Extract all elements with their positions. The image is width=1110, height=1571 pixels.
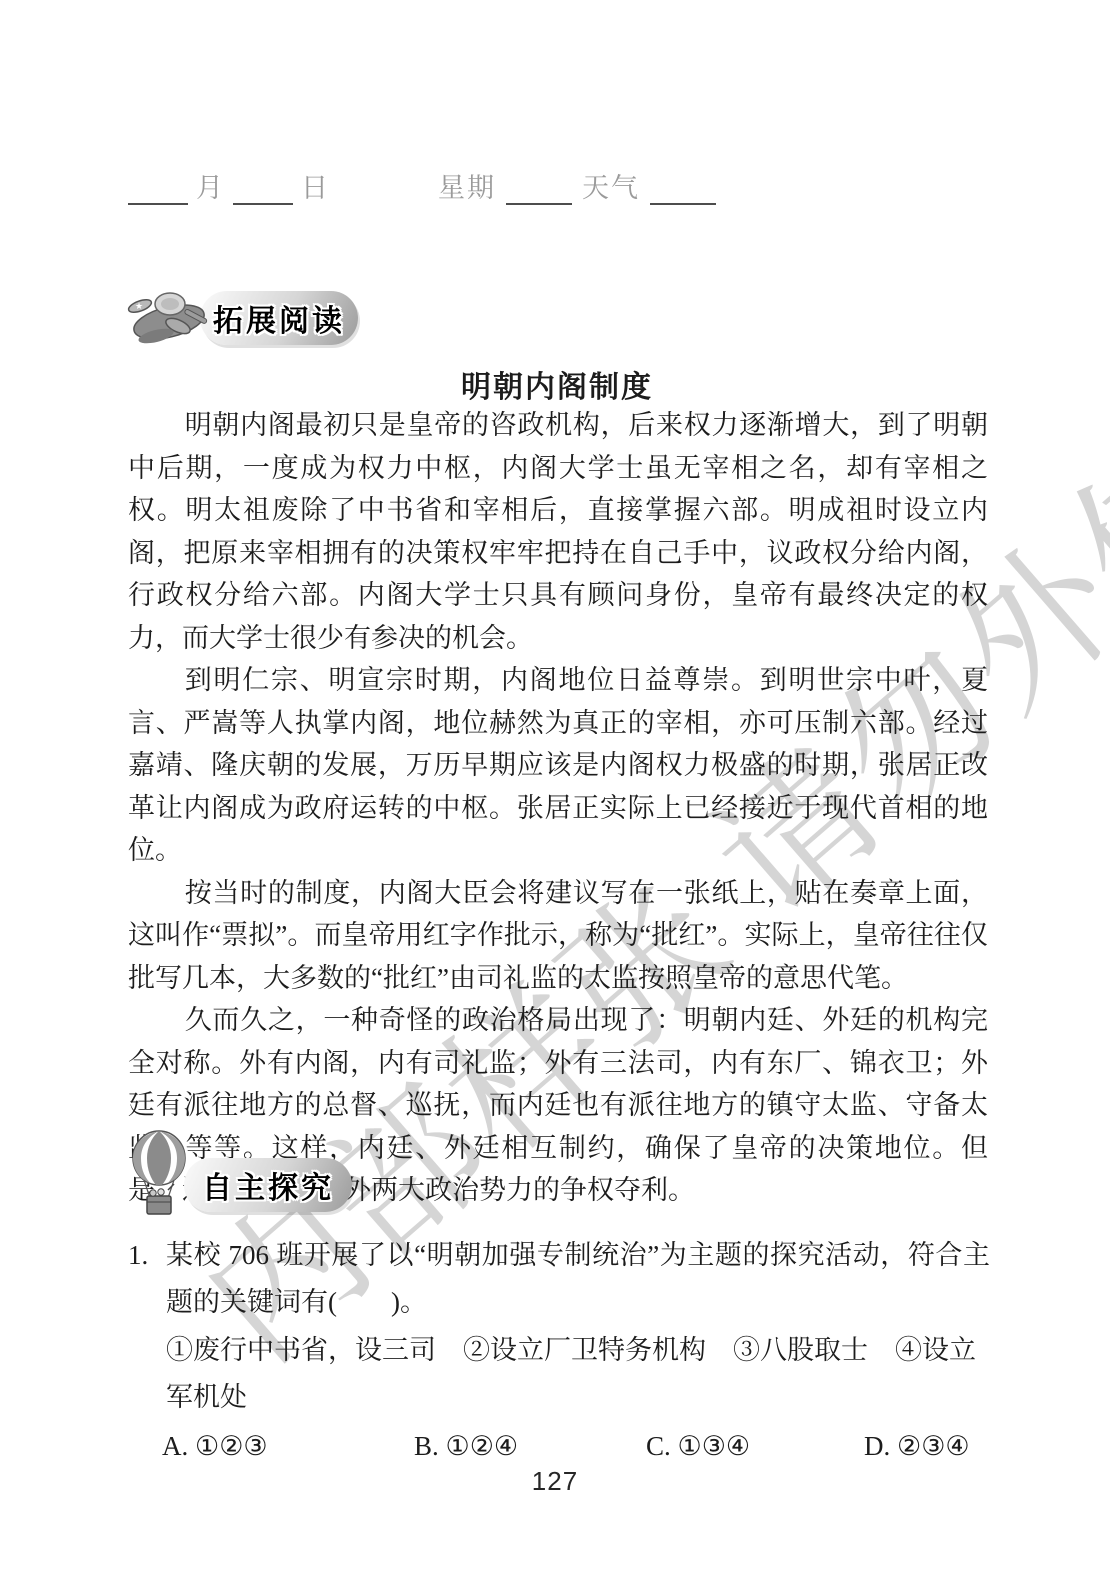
option-b: B. ①②④ [414, 1423, 646, 1470]
option-a: A. ①②③ [162, 1423, 414, 1470]
option-b-value: ①②④ [446, 1431, 519, 1461]
option-c-label: C. [646, 1431, 671, 1461]
weather-label: 天气 [582, 166, 640, 205]
article-body: 明朝内阁最初只是皇帝的咨政机构，后来权力逐渐增大，到了明朝中后期，一度成为权力中… [128, 404, 988, 1212]
article-paragraph: 到明仁宗、明宣宗时期，内阁地位日益尊崇。到明世宗中叶，夏言、严嵩等人执掌内阁，地… [128, 659, 988, 872]
weather-blank [650, 173, 716, 205]
question-options: A. ①②③ B. ①②④ C. ①③④ D. ②③④ [128, 1423, 984, 1470]
option-c-value: ①③④ [678, 1431, 751, 1461]
option-b-label: B. [414, 1431, 439, 1461]
option-c: C. ①③④ [646, 1423, 864, 1470]
explore-section-header: 自主探究 [128, 1130, 428, 1230]
svg-text:★: ★ [135, 301, 143, 311]
article-paragraph: 明朝内阁最初只是皇帝的咨政机构，后来权力逐渐增大，到了明朝中后期，一度成为权力中… [128, 404, 988, 659]
article-title: 明朝内阁制度 [128, 362, 986, 406]
month-label: 月 [196, 166, 225, 205]
question-1: 1. 某校 706 班开展了以“明朝加强专制统治”为主题的探究活动，符合主题的关… [128, 1232, 990, 1470]
question-number: 1. [128, 1232, 148, 1279]
option-a-label: A. [162, 1431, 188, 1461]
question-items: ①废行中书省，设三司 ②设立厂卫特务机构 ③八股取士 ④设立军机处 [128, 1327, 990, 1421]
article-paragraph: 按当时的制度，内阁大臣会将建议写在一张纸上，贴在奏章上面，这叫作“票拟”。而皇帝… [128, 872, 988, 1000]
hot-air-balloon-icon [130, 1130, 192, 1235]
option-d-label: D. [864, 1431, 890, 1461]
day-blank [233, 173, 293, 205]
explore-badge-pill: 自主探究 [184, 1158, 352, 1212]
reading-badge-label: 拓展阅读 [213, 296, 345, 340]
question-stem: 1. 某校 706 班开展了以“明朝加强专制统治”为主题的探究活动，符合主题的关… [128, 1232, 990, 1326]
month-blank [128, 173, 188, 205]
workbook-page: 内部样张 请勿外传 月 日 星期 天气 拓展阅读 ★ [0, 0, 1110, 1571]
day-label: 日 [301, 166, 330, 205]
week-blank [506, 173, 572, 205]
option-d: D. ②③④ [864, 1423, 970, 1470]
question-stem-text: 某校 706 班开展了以“明朝加强专制统治”为主题的探究活动，符合主题的关键词有… [166, 1240, 990, 1317]
option-a-value: ①②③ [195, 1431, 268, 1461]
week-label: 星期 [438, 166, 496, 205]
explore-badge-label: 自主探究 [202, 1163, 334, 1207]
reading-section-header: 拓展阅读 ★ [128, 276, 428, 356]
date-header: 月 日 星期 天气 [128, 166, 716, 205]
reading-badge-pill: 拓展阅读 [200, 291, 358, 345]
option-d-value: ②③④ [897, 1431, 970, 1461]
airplane-icon: ★ [126, 276, 210, 357]
page-number: 127 [0, 1466, 1110, 1497]
